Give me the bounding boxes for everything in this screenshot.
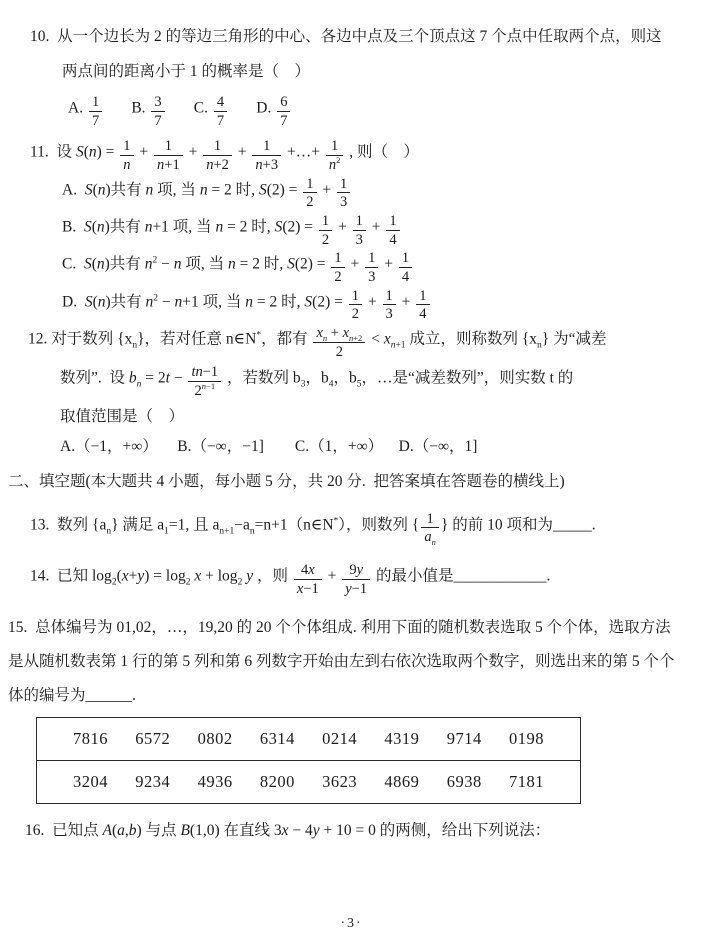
math-var: y — [345, 581, 351, 597]
table-cell: 4869 — [384, 772, 419, 792]
math-var: x — [194, 568, 201, 585]
math-var: n — [245, 293, 253, 310]
question-line: C. S(n)共有 n2 − n 项, 当 n = 2 时, S(2) = 12… — [62, 250, 685, 285]
fraction: 67 — [277, 94, 290, 129]
math-var: S — [84, 219, 92, 236]
table-cell: 4936 — [198, 772, 233, 792]
superscript: 2 — [153, 293, 158, 303]
math-var: n — [145, 219, 153, 236]
table-cell: 7816 — [73, 729, 108, 749]
page-number: ·3· — [0, 916, 703, 932]
math-var: n — [98, 181, 106, 198]
question-line: 16. 已知点 A(a,b) 与点 B(1,0) 在直线 3x − 4y + 1… — [25, 818, 685, 844]
math-var: n — [202, 381, 206, 391]
table-cell: 0198 — [509, 729, 544, 749]
fraction: 47 — [214, 94, 227, 129]
math-var: x — [384, 331, 391, 348]
fraction: 1n+3 — [252, 138, 281, 173]
table-cell: 6314 — [260, 729, 295, 749]
table-cell: 4319 — [384, 729, 419, 749]
fraction: 13 — [383, 288, 396, 323]
subscript: n+1 — [391, 341, 406, 351]
math-var: S — [259, 181, 267, 198]
math-var: n — [137, 380, 142, 390]
math-var: y — [246, 568, 253, 585]
math-var: n — [228, 256, 236, 273]
fraction: 13 — [365, 250, 378, 285]
math-var: S — [76, 144, 84, 161]
question-line: 两点间的距离小于 1 的概率是（ ） — [62, 59, 685, 85]
fraction: 14 — [416, 288, 429, 323]
math-var: x — [297, 581, 303, 597]
math-var: n — [391, 341, 396, 351]
question-line: 数列”. 设 bn = 2t − tn−12n−1 ，若数列 b3，b4，b5，… — [60, 364, 685, 399]
subscript: n — [323, 333, 327, 343]
fraction: xn + xn+22 — [313, 325, 365, 360]
math-var: x — [282, 822, 289, 839]
fraction: 1n2 — [326, 138, 344, 173]
math-var: n — [200, 181, 208, 198]
question-line: 15. 总体编号为 01,02，…，19,20 的 20 个个体组成. 利用下面… — [8, 615, 685, 641]
math-var: n — [195, 364, 202, 380]
question-line: A. 17 B. 37 C. 47 D. 67 — [68, 94, 685, 129]
superscript: * — [334, 516, 339, 526]
math-var: a — [424, 529, 431, 545]
math-var: B — [180, 822, 189, 839]
superscript: * — [256, 331, 261, 341]
table-cell: 3623 — [322, 772, 357, 792]
question-line: 14. 已知 log2(x+y) = log2 x + log2 y ，则 4x… — [30, 562, 685, 597]
question-13: 13. 数列 {an} 满足 a1=1, 且 an+1−an=n+1（n∈N*）… — [0, 511, 685, 546]
question-line: 取值范围是（ ） — [60, 404, 685, 430]
fraction: 13 — [337, 176, 350, 211]
fraction: 12 — [331, 250, 344, 285]
table-cell: 8200 — [260, 772, 295, 792]
fraction: 13 — [353, 213, 366, 248]
question-line: B. S(n)共有 n+1 项, 当 n = 2 时, S(2) = 12 + … — [62, 213, 685, 248]
question-16: 16. 已知点 A(a,b) 与点 B(1,0) 在直线 3x − 4y + 1… — [0, 818, 685, 844]
math-var: n — [174, 256, 182, 273]
math-var: y — [357, 562, 363, 578]
fraction: 1n+1 — [154, 138, 183, 173]
subscript: n — [432, 537, 436, 547]
table-cell: 9714 — [447, 729, 482, 749]
math-var: x — [122, 568, 129, 585]
math-var: t — [166, 370, 170, 387]
math-var: n — [98, 293, 106, 310]
math-var: n — [146, 181, 154, 198]
table-cell: 6572 — [135, 729, 170, 749]
math-var: S — [287, 256, 295, 273]
subscript: 4 — [329, 380, 334, 390]
question-10: 10. 从一个边长为 2 的等边三角形的中心、各边中点及三个顶点这 7 个点中任… — [0, 24, 685, 129]
subscript: 2 — [186, 578, 191, 588]
math-var: A — [103, 822, 112, 839]
question-14: 14. 已知 log2(x+y) = log2 x + log2 y ，则 4x… — [0, 562, 685, 597]
math-var: n — [97, 219, 105, 236]
fraction: 17 — [89, 94, 102, 129]
math-var: y — [313, 822, 320, 839]
subscript: n+2 — [349, 333, 362, 343]
fraction: 1an — [421, 511, 439, 546]
math-var: n — [89, 144, 97, 161]
math-var: b — [129, 370, 137, 387]
subscript: n — [250, 526, 255, 536]
math-var: n — [175, 293, 183, 310]
subscript: 3 — [301, 380, 306, 390]
question-line: 是从随机数表第 1 行的第 5 列和第 6 列数字开始由左到右依次选取两个数字，… — [8, 649, 685, 675]
math-var: n — [157, 157, 164, 173]
subscript: n — [137, 380, 142, 390]
math-var: x — [308, 562, 314, 578]
subscript: 2 — [238, 578, 243, 588]
table-cell: 0802 — [198, 729, 233, 749]
math-var: S — [85, 181, 93, 198]
fraction: 9yy−1 — [342, 562, 370, 597]
fraction: 12 — [303, 176, 316, 211]
subscript: 2 — [112, 578, 117, 588]
table-cell: 6938 — [447, 772, 482, 792]
math-var: n — [329, 157, 336, 173]
math-var: n — [123, 157, 130, 173]
fraction: 4xx−1 — [294, 562, 322, 597]
table-row: 32049234493682003623486969387181 — [37, 761, 580, 803]
question-11: 11. 设 S(n) = 1n + 1n+1 + 1n+2 + 1n+3 +…+… — [0, 138, 685, 323]
question-line: D. S(n)共有 n2 − n+1 项, 当 n = 2 时, S(2) = … — [62, 288, 685, 323]
fraction: 1n — [120, 138, 133, 173]
math-var: a — [117, 822, 125, 839]
subscript: n+1 — [219, 526, 234, 536]
subscript: n — [537, 341, 542, 351]
subscript: 5 — [357, 380, 362, 390]
math-var: n — [323, 333, 327, 343]
math-var: n — [432, 537, 436, 547]
fraction: 12 — [319, 213, 332, 248]
math-var: S — [84, 256, 92, 273]
question-line: 13. 数列 {an} 满足 a1=1, 且 an+1−an=n+1（n∈N*）… — [30, 511, 685, 546]
math-var: n — [206, 157, 213, 173]
superscript: 2 — [336, 155, 340, 165]
math-var: n — [349, 333, 353, 343]
question-line: A. S(n)共有 n 项, 当 n = 2 时, S(2) = 12 + 13 — [62, 176, 685, 211]
question-line: 10. 从一个边长为 2 的等边三角形的中心、各边中点及三个顶点这 7 个点中任… — [30, 24, 685, 50]
math-var: n — [255, 157, 262, 173]
section-2-header: 二、填空题(本大题共 4 小题，每小题 5 分，共 20 分. 把答案填在答题卷… — [0, 469, 685, 495]
math-var: n — [215, 219, 223, 236]
math-var: S — [85, 293, 93, 310]
subscript: 1 — [164, 526, 169, 536]
superscript: n−1 — [202, 381, 215, 391]
table-cell: 3204 — [73, 772, 108, 792]
fraction: 12 — [349, 288, 362, 323]
fraction: 37 — [151, 94, 164, 129]
question-line: 体的编号为______. — [8, 683, 685, 709]
subscript: n — [106, 526, 111, 536]
superscript: 2 — [152, 256, 157, 266]
math-var: b — [129, 822, 137, 839]
exam-page: 10. 从一个边长为 2 的等边三角形的中心、各边中点及三个顶点这 7 个点中任… — [0, 0, 703, 938]
table-cell: 9234 — [135, 772, 170, 792]
table-row: 78166572080263140214431997140198 — [37, 718, 580, 761]
question-line: 12. 对于数列 {xn}，若对任意 n∈N*，都有 xn + xn+22 < … — [28, 325, 685, 360]
math-var: n — [97, 256, 105, 273]
fraction: 14 — [399, 250, 412, 285]
question-line: 11. 设 S(n) = 1n + 1n+1 + 1n+2 + 1n+3 +…+… — [30, 138, 685, 173]
table-cell: 7181 — [509, 772, 544, 792]
question-15: 15. 总体编号为 01,02，…，19,20 的 20 个个体组成. 利用下面… — [0, 615, 685, 709]
fraction: 14 — [386, 213, 399, 248]
subscript: n — [132, 341, 137, 351]
math-var: y — [137, 568, 144, 585]
random-number-table: 7816657208026314021443199714019832049234… — [36, 717, 581, 804]
question-12: 12. 对于数列 {xn}，若对任意 n∈N*，都有 xn + xn+22 < … — [0, 325, 685, 460]
math-var: S — [304, 293, 312, 310]
fraction: tn−12n−1 — [188, 364, 221, 399]
fraction: 1n+2 — [203, 138, 232, 173]
math-var: S — [275, 219, 283, 236]
question-line: A.（−1，+∞） B.（−∞，−1] C.（1，+∞） D.（−∞，1] — [60, 434, 685, 460]
table-cell: 0214 — [322, 729, 357, 749]
